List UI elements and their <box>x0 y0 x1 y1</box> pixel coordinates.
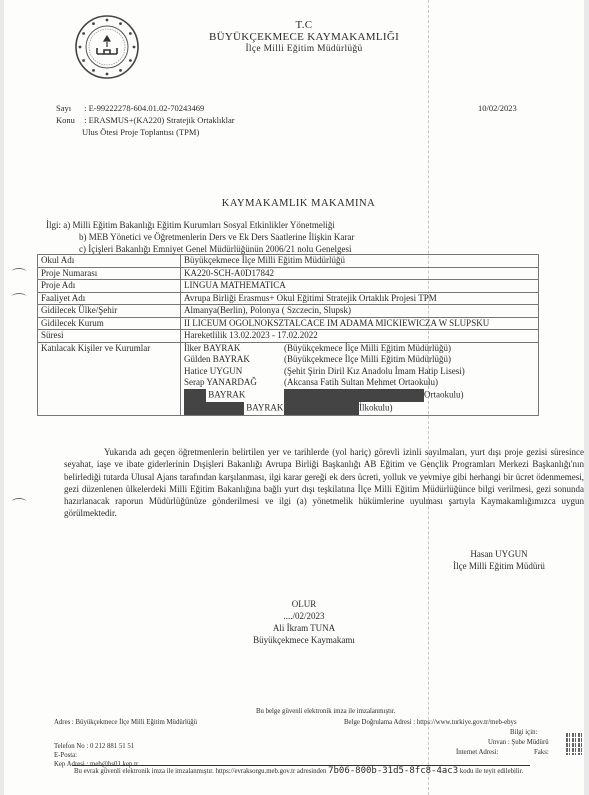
table-row: Okul Adı Büyükçekmece İlçe Milli Eğitim … <box>38 255 539 268</box>
governor-name: Ali İkram TUNA <box>204 622 404 634</box>
participant-institution: Ortaokulu) <box>284 389 535 402</box>
row-value: Avrupa Birliği Erasmus+ Okul Eğitimi Str… <box>181 292 539 305</box>
sayi-label: Sayı <box>56 103 82 113</box>
row-value: LINGUA MATHEMATICA <box>181 280 539 293</box>
table-row: Proje Adı LINGUA MATHEMATICA <box>38 280 539 293</box>
trip-info-table: Okul Adı Büyükçekmece İlçe Milli Eğitim … <box>37 254 539 416</box>
internet-label: İnternet Adresi: <box>456 748 498 757</box>
header-tc: T.C <box>154 19 454 31</box>
table-row: Süresi Hareketlilik 13.02.2023 - 17.02.2… <box>38 330 539 343</box>
row-label: Faaliyet Adı <box>38 292 181 305</box>
governor-title: Büyükçekmece Kaymakamı <box>204 634 404 646</box>
punch-hole-mark <box>12 498 26 505</box>
row-label: Proje Numarası <box>38 267 181 280</box>
participant-name: İlker BAYRAK <box>184 343 284 355</box>
participant-institution: İlkokulu) <box>284 402 535 415</box>
participant-institution: (Büyükçekmece İlçe Milli Eğitim Müdürlüğ… <box>284 343 535 355</box>
verification-link[interactable]: Belge Doğrulama Adresi : https://www.tur… <box>344 718 517 727</box>
esign-note: Bu belge güvenli elektronik imza ile imz… <box>256 707 396 716</box>
fax-label: Faks: <box>534 748 549 757</box>
sayi-line: Sayı : E-99222278-604.01.02-70243469 <box>56 103 204 113</box>
konu-label: Konu <box>56 115 82 125</box>
director-name: Hasan UYGUN <box>424 548 574 560</box>
body-paragraph: Yukarıda adı geçen öğretmenlerin belirti… <box>64 446 584 520</box>
row-label: Okul Adı <box>38 255 181 268</box>
verification-text: Bu evrak güvenli elektronik imza ile imz… <box>74 768 326 775</box>
participant-institution: (Büyükçekmece İlçe Milli Eğitim Müdürlüğ… <box>284 354 535 366</box>
row-value: Almanya(Berlin), Polonya ( Szczecin, Slu… <box>181 305 539 318</box>
verification-code: 7b06-800b-31d5-8fc8-4ac3 <box>328 766 458 776</box>
row-label: Süresi <box>38 330 181 343</box>
punch-hole-mark <box>12 268 26 275</box>
redaction-box <box>184 402 244 415</box>
table-row: Proje Numarası KA220-SCH-A0D17842 <box>38 267 539 280</box>
footer-address: Adres : Büyükçekmece İlçe Milli Eğitim M… <box>54 718 197 727</box>
director-signature: Hasan UYGUN İlçe Milli Eğitim Müdürü <box>424 548 574 572</box>
participants-row: Katılacak Kişiler ve Kurumlar İlker BAYR… <box>38 342 539 415</box>
footer-rule <box>72 765 530 766</box>
approval-olur: OLUR <box>204 598 404 610</box>
konu-value-line2: Ulus Ötesi Proje Toplantısı (TPM) <box>82 127 199 137</box>
document-page: T.C BÜYÜKÇEKMECE KAYMAKAMLIĞI İlçe Milli… <box>4 0 584 795</box>
governor-approval: OLUR ..../02/2023 Ali İkram TUNA Büyükçe… <box>204 598 404 646</box>
document-date: 10/02/2023 <box>478 103 517 113</box>
participant-institution: (Şehit Şirin Diril Kız Anadolu İmam Hati… <box>284 366 535 378</box>
header-directorate: İlçe Milli Eğitim Müdürlüğü <box>154 44 454 54</box>
row-value: Büyükçekmece İlçe Milli Eğitim Müdürlüğü <box>181 255 539 268</box>
table-row: Gidilecek Ülke/Şehir Almanya(Berlin), Po… <box>38 305 539 318</box>
row-value: Hareketlilik 13.02.2023 - 17.02.2022 <box>181 330 539 343</box>
header-authority: BÜYÜKÇEKMECE KAYMAKAMLIĞI <box>154 31 454 43</box>
approval-date: ..../02/2023 <box>204 610 404 622</box>
qr-code-icon <box>566 733 584 755</box>
footer-phone: Telefon No : 0 212 881 51 51 <box>54 742 134 751</box>
row-value: II LICEUM OGOLNOKSZTALCACE IM ADAMA MICK… <box>181 317 539 330</box>
konu-value: : ERASMUS+(KA220) Stratejik Ortaklıklar <box>84 115 234 125</box>
info-label: Bilgi için: <box>510 728 537 737</box>
row-label: Gidilecek Kurum <box>38 317 181 330</box>
participant-institution: (Akcansa Fatih Sultan Mehmet Ortaokulu) <box>284 377 535 389</box>
footer-email: E-Posta: <box>54 751 77 760</box>
addressee-title: KAYMAKAMLIK MAKAMINA <box>4 198 589 209</box>
redaction-box <box>284 389 424 402</box>
participants-list: İlker BAYRAK (Büyükçekmece İlçe Milli Eğ… <box>181 342 539 415</box>
row-value: KA220-SCH-A0D17842 <box>181 267 539 280</box>
body-text: Yukarıda adı geçen öğretmenlerin belirti… <box>64 446 584 520</box>
punch-hole-mark <box>12 293 26 300</box>
table-row: Faaliyet Adı Avrupa Birliği Erasmus+ Oku… <box>38 292 539 305</box>
director-title: İlçe Milli Eğitim Müdürü <box>424 560 574 572</box>
redaction-box <box>284 402 359 415</box>
row-label: Katılacak Kişiler ve Kurumlar <box>38 342 181 415</box>
verification-suffix: kodu ile teyit edilebilir. <box>460 768 523 775</box>
participant-name: BAYRAK <box>184 389 284 402</box>
reference-block: İlgi: a) Milli Eğitim Bakanlığı Eğitim K… <box>46 219 354 255</box>
row-label: Gidilecek Ülke/Şehir <box>38 305 181 318</box>
konu-line: Konu : ERASMUS+(KA220) Stratejik Ortaklı… <box>56 115 235 125</box>
sayi-value: : E-99222278-604.01.02-70243469 <box>84 103 204 113</box>
participant-name: BAYRAK <box>184 402 284 415</box>
redaction-box <box>184 389 206 402</box>
row-label: Proje Adı <box>38 280 181 293</box>
meb-seal-icon <box>74 14 140 80</box>
reference-b: b) MEB Yönetici ve Öğretmenlerin Ders ve… <box>46 231 354 243</box>
participant-name: Serap YANARDAĞ <box>184 377 284 389</box>
footer-bottom-line: Bu evrak güvenli elektronik imza ile imz… <box>74 767 523 776</box>
table-row: Gidilecek Kurum II LICEUM OGOLNOKSZTALCA… <box>38 317 539 330</box>
participant-name: Hatice UYGUN <box>184 366 284 378</box>
participant-name: Gülden BAYRAK <box>184 354 284 366</box>
title-line: Unvan : Şube Müdürü <box>488 738 549 747</box>
reference-a: İlgi: a) Milli Eğitim Bakanlığı Eğitim K… <box>46 219 354 231</box>
